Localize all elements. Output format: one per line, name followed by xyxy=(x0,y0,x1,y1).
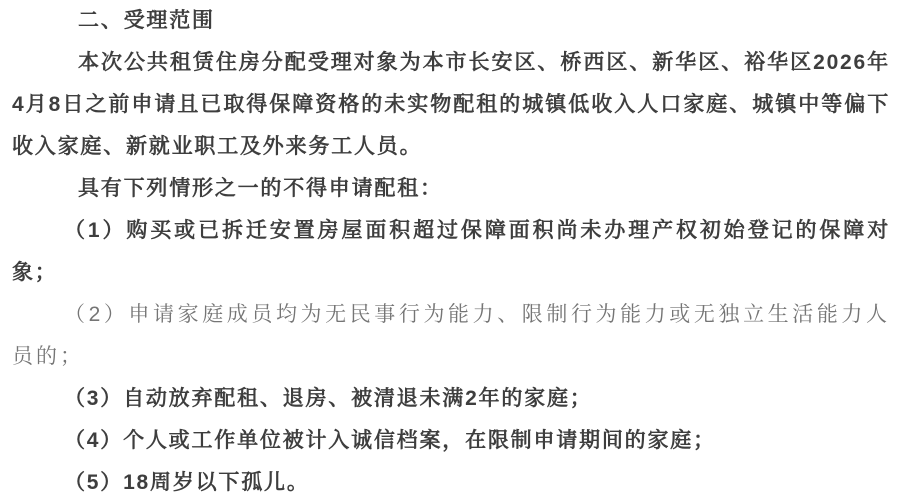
document-body: 二、受理范围 本次公共租赁住房分配受理对象为本市长安区、桥西区、新华区、裕华区2… xyxy=(0,0,904,504)
list-item-4: （4）个人或工作单位被计入诚信档案，在限制申请期间的家庭； xyxy=(12,420,890,462)
list-item-5: （5）18周岁以下孤儿。 xyxy=(12,462,890,504)
paragraph-exclusion-intro: 具有下列情形之一的不得申请配租： xyxy=(12,168,890,210)
list-item-2: （2）申请家庭成员均为无民事行为能力、限制行为能力或无独立生活能力人员的； xyxy=(12,294,890,378)
section-heading: 二、受理范围 xyxy=(12,0,890,42)
list-item-3: （3）自动放弃配租、退房、被清退未满2年的家庭； xyxy=(12,378,890,420)
list-item-1: （1）购买或已拆迁安置房屋面积超过保障面积尚未办理产权初始登记的保障对象； xyxy=(12,210,890,294)
paragraph-scope-statement: 本次公共租赁住房分配受理对象为本市长安区、桥西区、新华区、裕华区2026年4月8… xyxy=(12,42,890,168)
